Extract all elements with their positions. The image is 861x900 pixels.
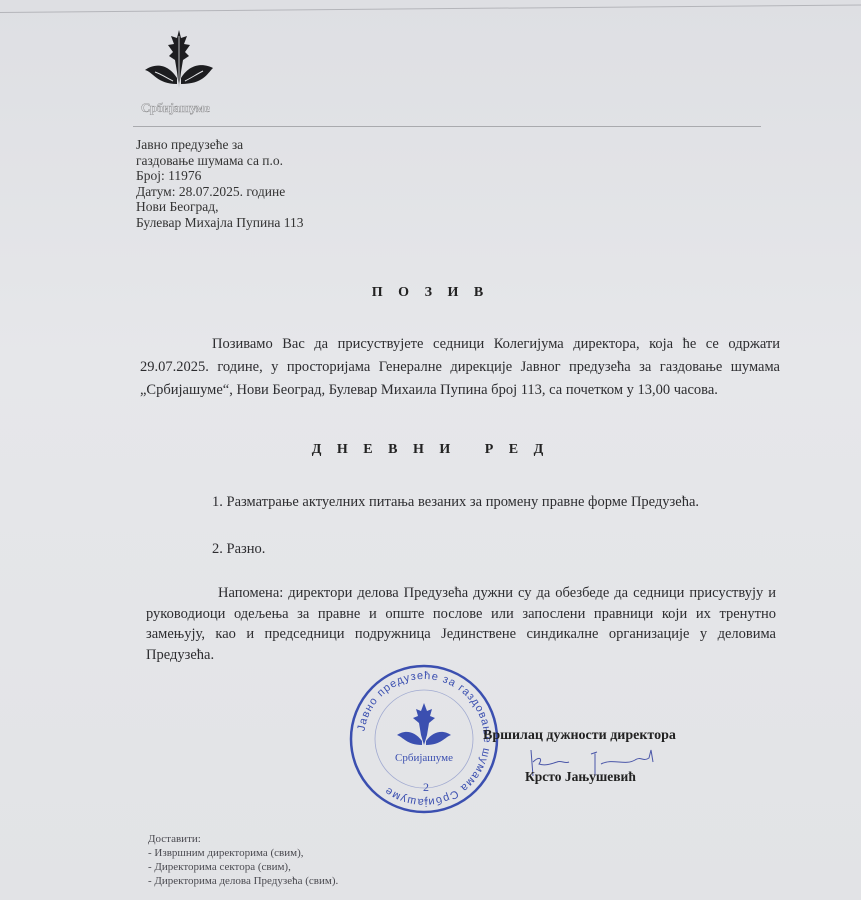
logo-wordmark: Србијашуме (141, 100, 209, 116)
invitation-body: Позивамо Вас да присуствујете седници Ко… (140, 333, 780, 402)
delivery-item: - Извршним директорима (свим), (148, 846, 338, 860)
agenda-item-1: 1. Разматрање актуелних питања везаних з… (140, 491, 780, 514)
delivery-heading: Доставити: (148, 832, 338, 846)
delivery-item: - Директорима сектора (свим), (148, 860, 338, 874)
agenda-item-2: 2. Разно. (140, 538, 780, 561)
header-divider (133, 126, 761, 127)
header-line: Јавно предузеће за (136, 137, 304, 153)
oak-leaf-logo-icon (143, 28, 215, 98)
delivery-item: - Директорима делова Предузећа (свим). (148, 874, 338, 888)
agenda-item-text: 1. Разматрање актуелних питања везаних з… (212, 494, 699, 510)
note-text: Напомена: директори делова Предузећа дуж… (146, 585, 776, 663)
agenda-item-text: 2. Разно. (212, 541, 265, 557)
svg-text:2: 2 (423, 780, 429, 794)
header-line: Булевар Михајла Пупина 113 (136, 215, 304, 231)
signatory-name: Крсто Јањушевић (525, 769, 636, 785)
agenda-title: Д Н Е В Н И Р Е Д (0, 442, 861, 458)
delivery-list: Доставити: - Извршним директорима (свим)… (148, 832, 338, 888)
document-page: Србијашуме Јавно предузеће за газдовање … (0, 0, 861, 900)
invitation-body-text: Позивамо Вас да присуствујете седници Ко… (140, 336, 780, 398)
invitation-title: П О З И В (0, 285, 861, 301)
official-stamp-icon: Јавно предузеће за газдовање шумама Срби… (347, 663, 501, 815)
svg-text:Србијашуме: Србијашуме (395, 752, 453, 764)
header-line: газдовање шумама са п.о. (136, 153, 304, 169)
header-line: Нови Београд, (136, 199, 304, 215)
note-paragraph: Напомена: директори делова Предузећа дуж… (146, 583, 776, 665)
svg-text:*: * (424, 797, 429, 807)
screen-edge-line (0, 4, 861, 13)
header-line: Број: 11976 (136, 168, 304, 184)
header-line: Датум: 28.07.2025. године (136, 184, 304, 200)
signatory-title: Вршилац дужности директора (483, 728, 676, 744)
header-address-block: Јавно предузеће за газдовање шумама са п… (136, 137, 304, 230)
